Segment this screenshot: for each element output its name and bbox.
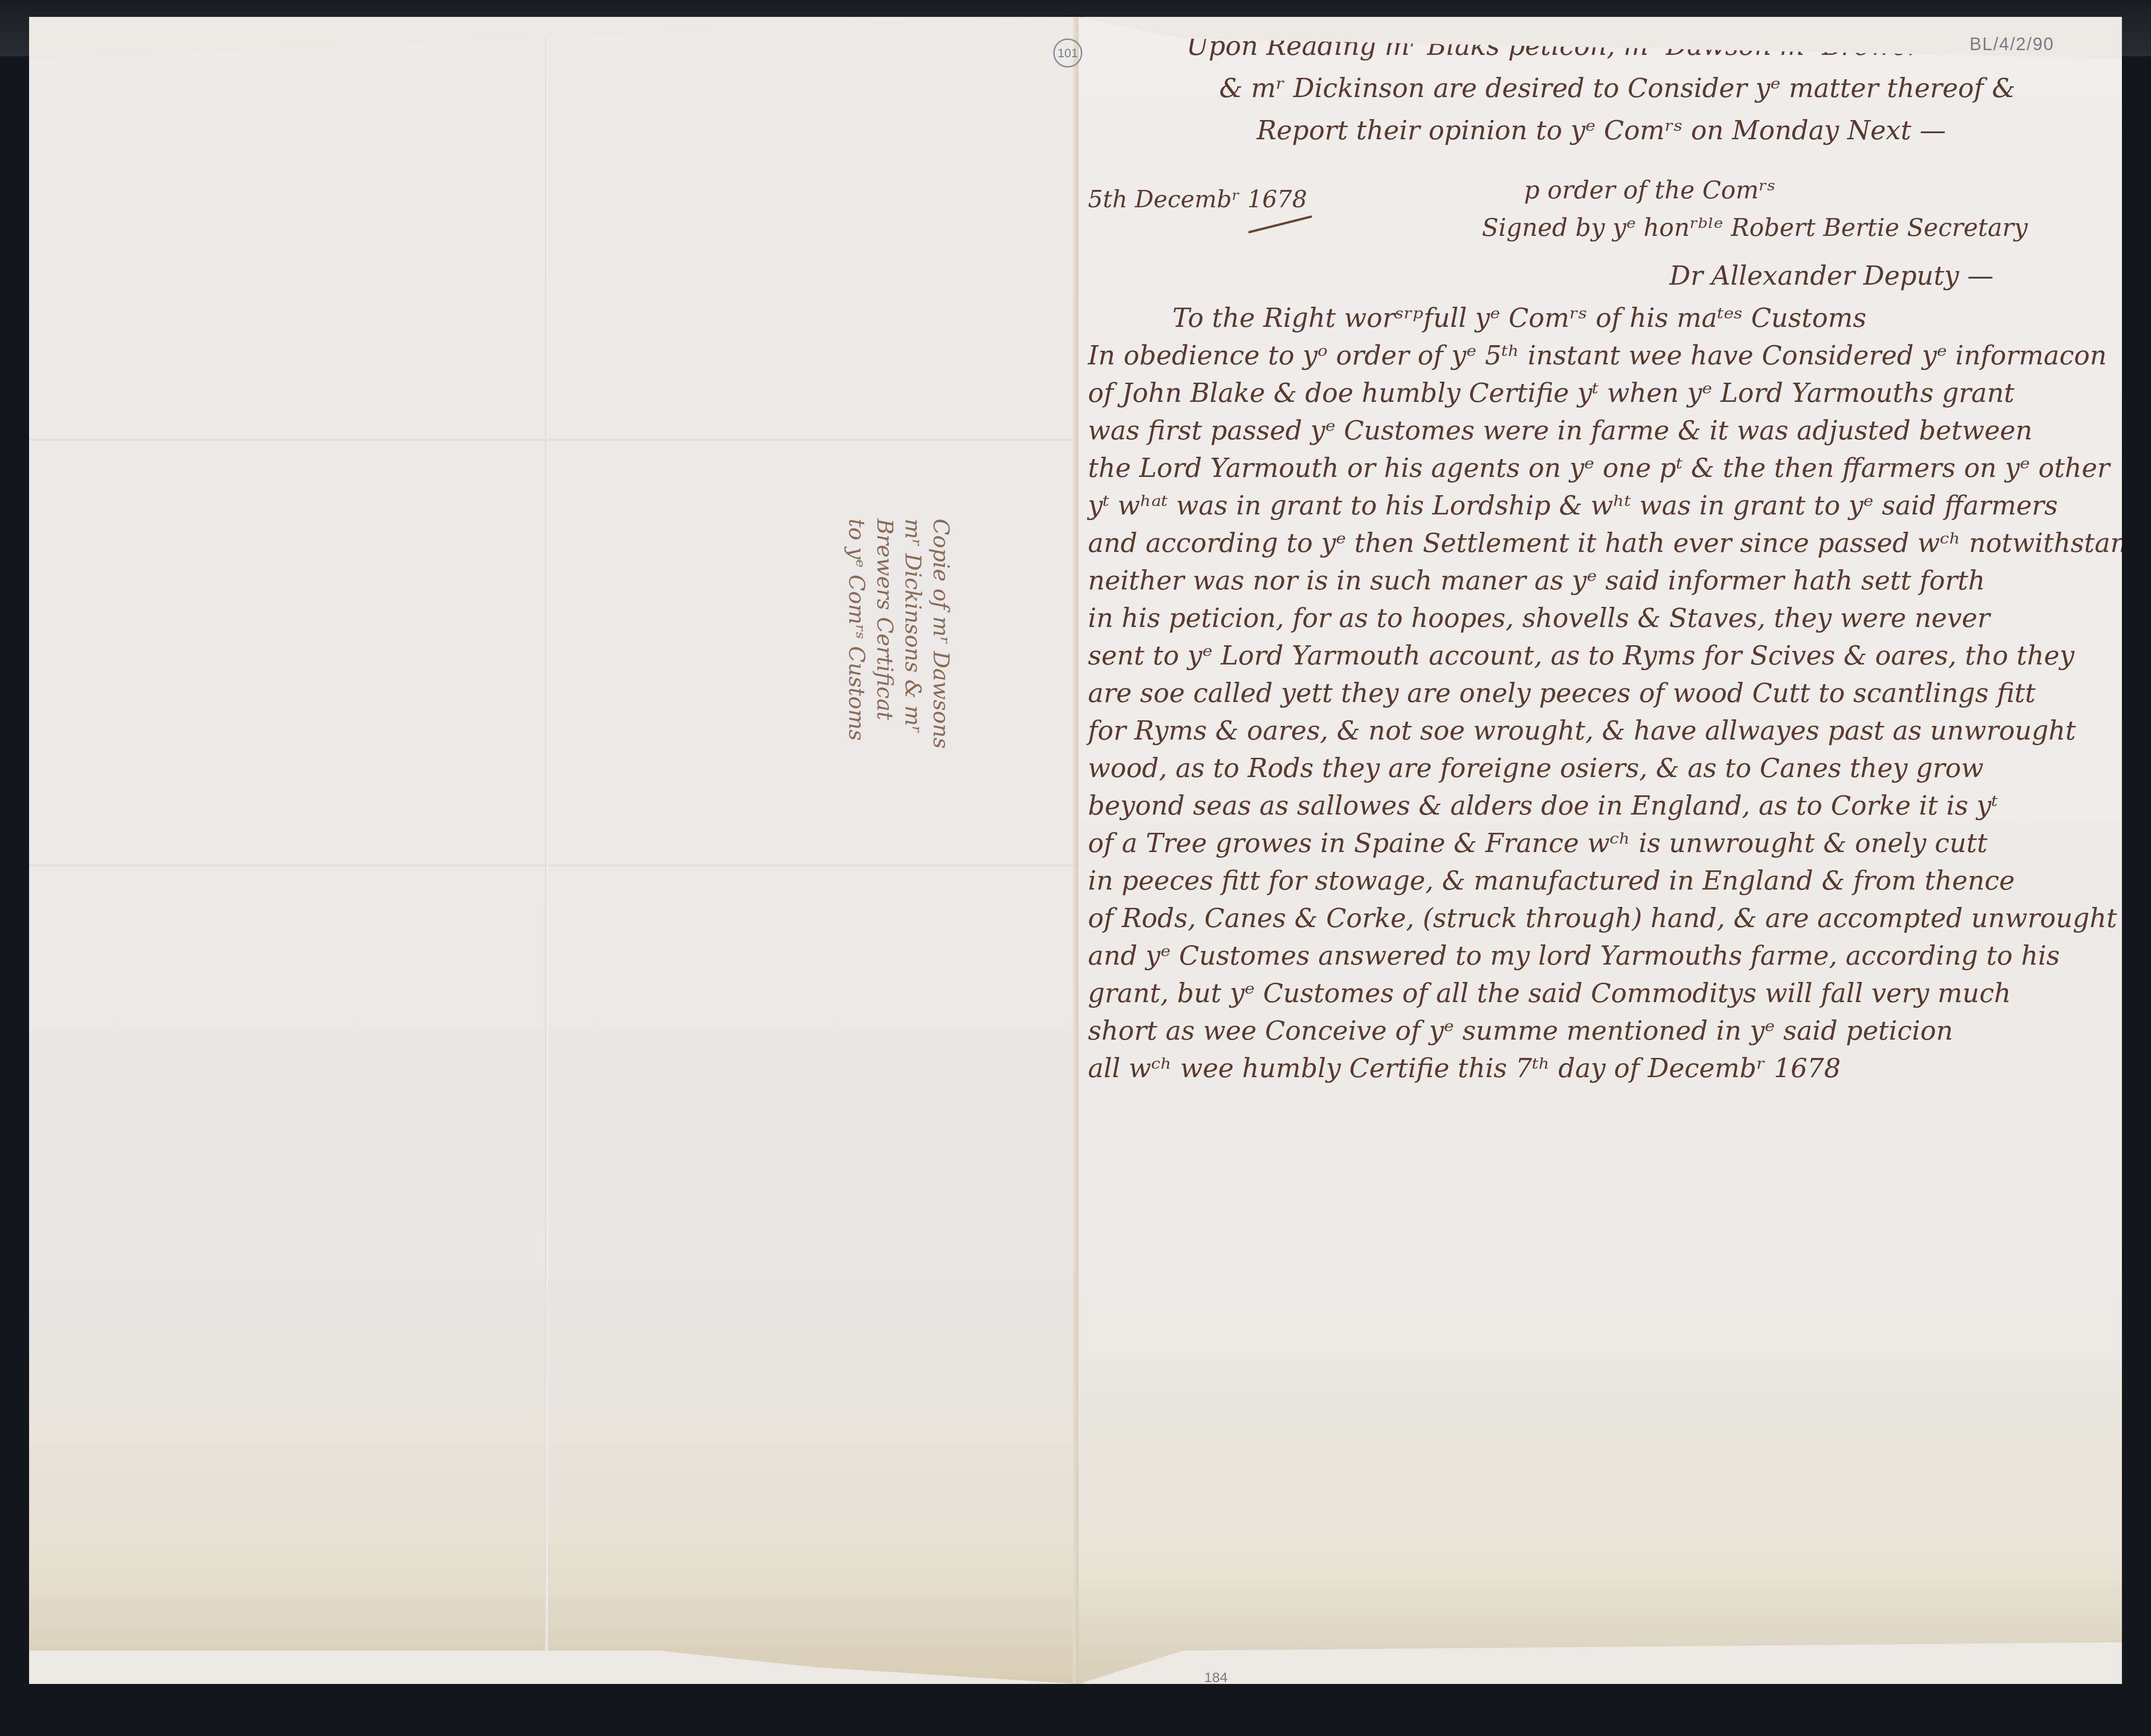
certificate-line: beyond seas as sallowes & alders doe in … [1088, 791, 1998, 821]
certificate-line: grant, but yᵉ Customes of all the said C… [1088, 978, 2011, 1009]
endorsement-line: Brewers Certificat [871, 519, 899, 781]
order-line: & mʳ Dickinson are desired to Consider y… [1219, 73, 2015, 104]
footer-page-number: 184 [1204, 1670, 1228, 1686]
right-page: Upon Reading mʳ Blaks peticon, mʳ Dawson… [1079, 17, 2122, 1684]
archive-reference: BL/4/2/90 [1970, 35, 2054, 55]
signatory-line: Dr Allexander Deputy — [1669, 261, 1993, 291]
endorsement-line: Copie of mʳ Dawsons [927, 519, 955, 781]
folio-number-stamp: 101 [1053, 38, 1082, 68]
certificate-line: of a Tree growes in Spaine & France wᶜʰ … [1088, 828, 1987, 859]
order-date: 5th Decembʳ 1678 [1088, 186, 1307, 213]
certificate-line: short as wee Conceive of yᵉ summe mentio… [1088, 1016, 1953, 1046]
order-line: Upon Reading mʳ Blaks peticon, mʳ Dawson… [1186, 31, 1920, 61]
by-order-line: p order of the Comʳˢ [1524, 176, 1775, 204]
certificate-line: all wᶜʰ wee humbly Certifie this 7ᵗʰ day… [1088, 1053, 1841, 1084]
left-page: Copie of mʳ Dawsons mʳ Dickinsons & mʳ B… [29, 17, 1079, 1684]
certificate-line: in his peticion, for as to hoopes, shove… [1088, 603, 1990, 634]
certificate-line: yᵗ wʰᵃᵗ was in grant to his Lordship & w… [1088, 491, 2058, 521]
certificate-line: of John Blake & doe humbly Certifie yᵗ w… [1088, 378, 2015, 408]
horizontal-fold-line [29, 865, 1079, 868]
horizontal-fold-line [29, 439, 1079, 443]
date-underline [1248, 215, 1312, 234]
certificate-salutation: To the Right worˢʳᵖfull yᵉ Comʳˢ of his … [1172, 303, 1866, 333]
certificate-line: and yᵉ Customes answered to my lord Yarm… [1088, 941, 2060, 971]
order-line: Report their opinion to yᵉ Comʳˢ on Mond… [1257, 115, 1946, 146]
vertical-fold-line [545, 17, 548, 1668]
certificate-line: sent to yᵉ Lord Yarmouth account, as to … [1088, 641, 2075, 671]
signed-line: Signed by yᵉ honʳᵇˡᵉ Robert Bertie Secre… [1482, 214, 2028, 242]
certificate-line: in peeces fitt for stowage, & manufactur… [1088, 866, 2015, 896]
certificate-line: the Lord Yarmouth or his agents on yᵉ on… [1088, 453, 2110, 483]
certificate-line: for Ryms & oares, & not soe wrought, & h… [1088, 716, 2076, 746]
certificate-line: of Rods, Canes & Corke, (struck through)… [1088, 903, 2151, 934]
endorsement-line: to yᵉ Comʳˢ Customs [843, 519, 871, 781]
certificate-line: neither was nor is in such maner as yᵉ s… [1088, 566, 1985, 596]
endorsement-line: mʳ Dickinsons & mʳ [899, 519, 927, 781]
certificate-line: and according to yᵉ then Settlement it h… [1088, 528, 2151, 559]
certificate-line: are soe called yett they are onely peece… [1088, 678, 2036, 709]
endorsement-note: Copie of mʳ Dawsons mʳ Dickinsons & mʳ B… [880, 519, 955, 781]
certificate-line: was first passed yᵉ Customes were in far… [1088, 415, 2032, 446]
certificate-line: wood, as to Rods they are foreigne osier… [1088, 753, 1984, 784]
certificate-line: In obedience to yᵒ order of yᵉ 5ᵗʰ insta… [1088, 340, 2107, 371]
manuscript-sheet: Copie of mʳ Dawsons mʳ Dickinsons & mʳ B… [29, 17, 2122, 1684]
